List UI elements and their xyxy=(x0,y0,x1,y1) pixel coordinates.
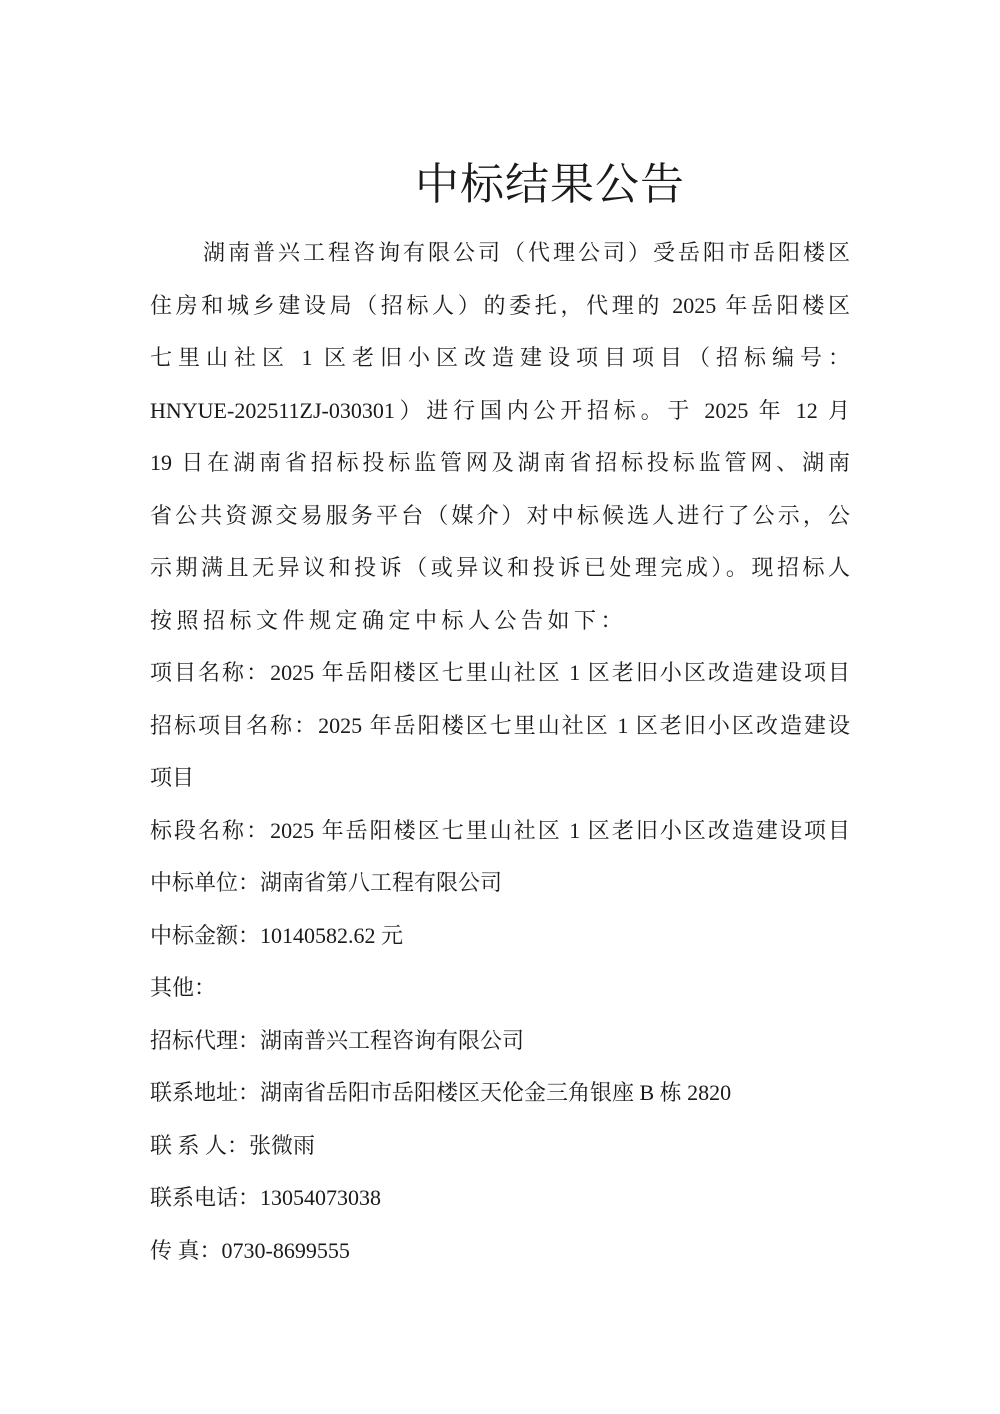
field-line-tender-project-name: 招标项目名称：2025 年岳阳楼区七里山社区 1 区老旧小区改造建设 xyxy=(150,700,850,753)
intro-line-8: 按照招标文件规定确定中标人公告如下： xyxy=(150,595,850,648)
field-line-fax: 传 真：0730-8699555 xyxy=(150,1225,850,1278)
field-line-tender-agency: 招标代理：湖南普兴工程咨询有限公司 xyxy=(150,1015,850,1068)
field-line-contact-phone: 联系电话：13054073038 xyxy=(150,1172,850,1225)
field-line-other: 其他： xyxy=(150,962,850,1015)
intro-line-5: 19 日在湖南省招标投标监管网及湖南省招标投标监管网、湖南 xyxy=(150,437,850,490)
field-line-project-name: 项目名称：2025 年岳阳楼区七里山社区 1 区老旧小区改造建设项目 xyxy=(150,647,850,700)
intro-line-7: 示期满且无异议和投诉（或异议和投诉已处理完成）。现招标人 xyxy=(150,542,850,595)
intro-line-4: HNYUE-202511ZJ-030301）进行国内公开招标。于 2025 年 … xyxy=(150,385,850,438)
intro-line-1: 湖南普兴工程咨询有限公司（代理公司）受岳阳市岳阳楼区 xyxy=(150,227,850,280)
result-fields: 项目名称：2025 年岳阳楼区七里山社区 1 区老旧小区改造建设项目 招标项目名… xyxy=(150,647,850,1277)
intro-paragraph: 湖南普兴工程咨询有限公司（代理公司）受岳阳市岳阳楼区 住房和城乡建设局（招标人）… xyxy=(150,227,850,647)
field-line-winning-bidder: 中标单位：湖南省第八工程有限公司 xyxy=(150,857,850,910)
field-line-tender-project-name-wrap: 项目 xyxy=(150,752,850,805)
document-body: 湖南普兴工程咨询有限公司（代理公司）受岳阳市岳阳楼区 住房和城乡建设局（招标人）… xyxy=(150,227,850,1277)
field-line-contact-address: 联系地址：湖南省岳阳市岳阳楼区天伦金三角银座 B 栋 2820 xyxy=(150,1067,850,1120)
intro-line-3: 七里山社区 1 区老旧小区改造建设项目项目（招标编号： xyxy=(150,332,850,385)
intro-line-6: 省公共资源交易服务平台（媒介）对中标候选人进行了公示，公 xyxy=(150,490,850,543)
field-line-winning-amount: 中标金额：10140582.62 元 xyxy=(150,910,850,963)
document-title: 中标结果公告 xyxy=(0,153,1000,217)
field-line-section-name: 标段名称：2025 年岳阳楼区七里山社区 1 区老旧小区改造建设项目 xyxy=(150,805,850,858)
field-line-contact-person: 联 系 人：张微雨 xyxy=(150,1120,850,1173)
intro-line-2: 住房和城乡建设局（招标人）的委托，代理的 2025 年岳阳楼区 xyxy=(150,280,850,333)
document-page: 中标结果公告 湖南普兴工程咨询有限公司（代理公司）受岳阳市岳阳楼区 住房和城乡建… xyxy=(0,0,1000,1414)
